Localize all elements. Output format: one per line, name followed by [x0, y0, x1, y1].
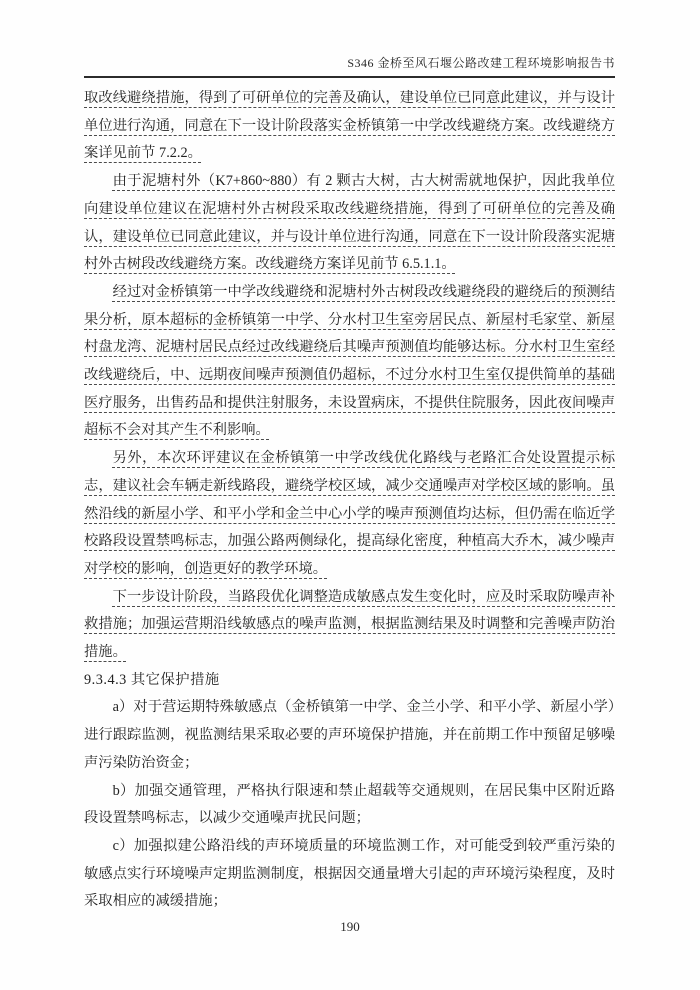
paragraph: 经过对金桥镇第一中学改线避绕和泥塘村外古树段改线避绕段的避绕后的预测结果分析，原…	[84, 279, 615, 445]
page-number: 190	[0, 919, 700, 935]
paragraph: 由于泥塘村外（K7+860~880）有 2 颗古大树，古大树需就地保护，因此我单…	[84, 168, 615, 279]
paragraph: 另外，本次环评建议在金桥镇第一中学改线优化路线与老路汇合处设置提示标志，建议社会…	[84, 445, 615, 584]
list-item-b: b）加强交通管理，严格执行限速和禁止超载等交通规则，在居民集中区附近路段设置禁鸣…	[84, 778, 615, 833]
list-item-c: c）加强拟建公路沿线的声环境质量的环境监测工作，对可能受到较严重污染的敏感点实行…	[84, 833, 615, 916]
section-heading: 9.3.4.3 其它保护措施	[84, 667, 615, 695]
running-header: S346 金桥至风石堰公路改建工程环境影响报告书	[84, 54, 615, 78]
page-body: 取改线避绕措施，得到了可研单位的完善及确认，建设单位已同意此建议，并与设计单位进…	[84, 85, 615, 916]
document-page: S346 金桥至风石堰公路改建工程环境影响报告书 取改线避绕措施，得到了可研单位…	[0, 0, 700, 990]
paragraph: 取改线避绕措施，得到了可研单位的完善及确认，建设单位已同意此建议，并与设计单位进…	[84, 85, 615, 168]
paragraph: 下一步设计阶段，当路段优化调整造成敏感点发生变化时，应及时采取防噪声补救措施；加…	[84, 584, 615, 667]
list-item-a: a）对于营运期特殊敏感点（金桥镇第一中学、金兰小学、和平小学、新屋小学）进行跟踪…	[84, 694, 615, 777]
running-header-title: S346 金桥至风石堰公路改建工程环境影响报告书	[347, 56, 615, 70]
